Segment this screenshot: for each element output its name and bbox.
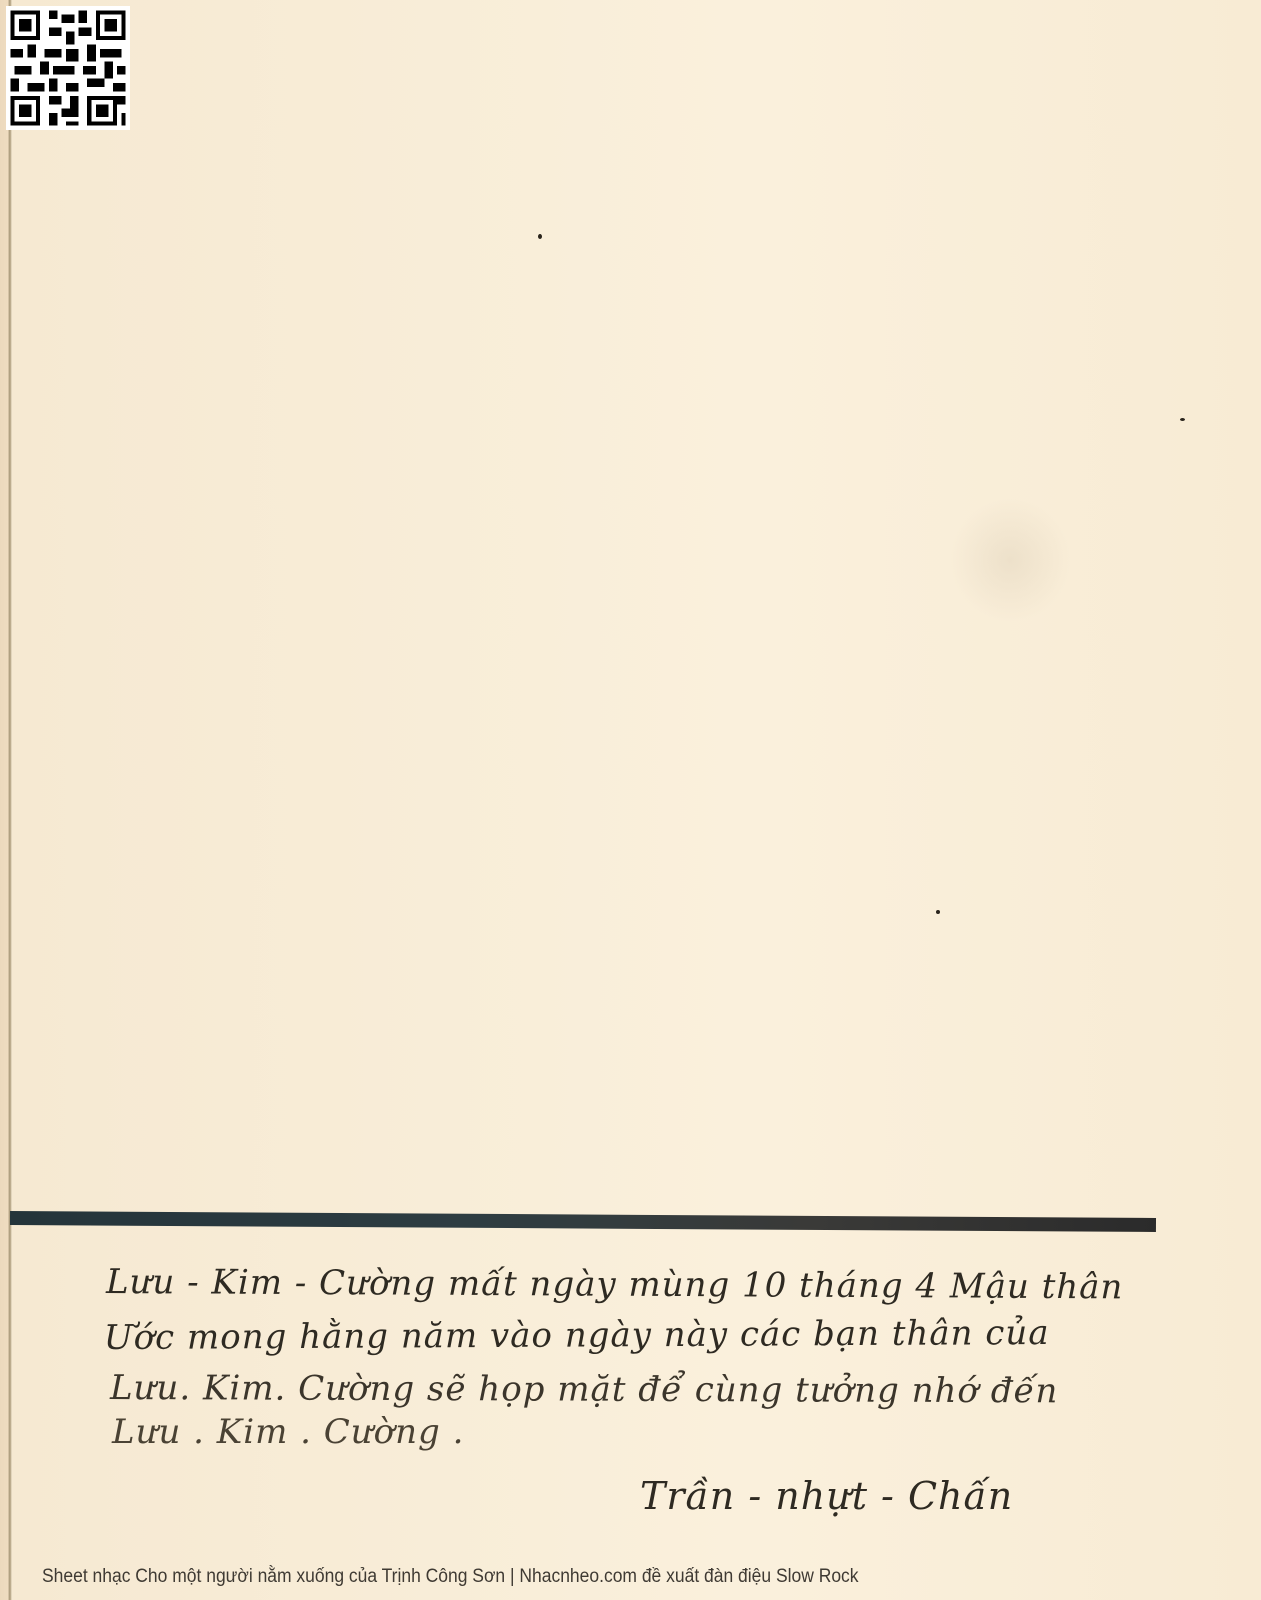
- ink-speck: [1180, 418, 1185, 421]
- handwritten-line: Lưu - Kim - Cường mất ngày mùng 10 tháng…: [106, 1262, 1124, 1307]
- handwritten-line: Ước mong hằng năm vào ngày này các bạn t…: [104, 1313, 1050, 1358]
- handwritten-line: Lưu . Kim . Cường .: [112, 1412, 464, 1452]
- handwritten-line: Lưu. Kim. Cường sẽ họp mặt để cùng tưởng…: [110, 1368, 1058, 1411]
- divider-rule: [10, 1211, 1156, 1232]
- ink-speck: [936, 910, 940, 914]
- sheet-page: Lưu - Kim - Cường mất ngày mùng 10 tháng…: [0, 0, 1261, 1600]
- qr-code-icon[interactable]: [6, 6, 130, 130]
- footer-caption: Sheet nhạc Cho một người nằm xuống của T…: [42, 1566, 859, 1588]
- ink-speck: [538, 234, 542, 239]
- signature: Trần - nhựt - Chấn: [640, 1474, 1013, 1518]
